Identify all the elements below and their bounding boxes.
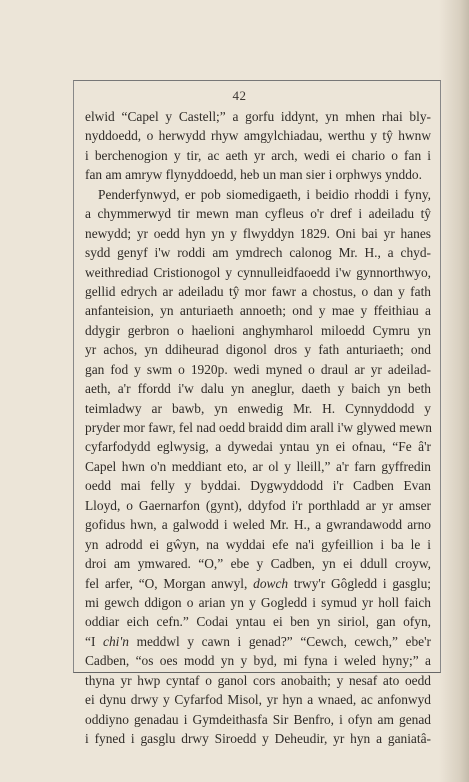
text-line: weithrediad Cristionogol y cynnulleidfao… bbox=[85, 263, 431, 282]
text-line: cyfarfodydd eglwysig, a dywedai yntau yn… bbox=[85, 437, 431, 456]
text-line: anfanteision, yn anturiaeth annoeth; ond… bbox=[85, 301, 431, 320]
text-line: pryder mor fawr, fel nad oedd braidd dim… bbox=[85, 418, 431, 437]
text-line: aeth, a'r ffordd i'w dalu yn aneglur, da… bbox=[85, 379, 431, 398]
text-line: gellid edrych ar adeiladu tŷ mor fawr a … bbox=[85, 282, 431, 301]
text-line: mi gewch ddigon o arian yn y Gogledd i s… bbox=[85, 593, 431, 612]
text-line: “I chi'n meddwl y cawn i genad?” “Cewch,… bbox=[85, 632, 431, 651]
text-line: droi am ymwared. “O,” ebe y Cadben, yn e… bbox=[85, 554, 431, 573]
text-line: ddygir gerbron o haelioni anghymharol mi… bbox=[85, 321, 431, 340]
page-edge-shadow bbox=[439, 0, 469, 782]
text-run: meddwl y cawn i genad?” “Cewch, cewch,” … bbox=[129, 634, 431, 649]
italic-run: chi'n bbox=[103, 634, 129, 649]
italic-run: dowch bbox=[253, 576, 288, 591]
text-line: fan am amryw flynyddoedd, heb un man sie… bbox=[85, 165, 431, 184]
text-line: i berchenogion y tir, ac aeth yr arch, w… bbox=[85, 146, 431, 165]
text-line: nyddoedd, o herwydd rhyw amgylchiadau, w… bbox=[85, 126, 431, 145]
text-line: fel arfer, “O, Morgan anwyl, dowch trwy'… bbox=[85, 574, 431, 593]
text-line: Lloyd, o Gaernarfon (gynt), ddyfod i'r p… bbox=[85, 496, 431, 515]
text-line: oedd mai felly y byddai. Dygwyddodd i'r … bbox=[85, 476, 431, 495]
text-line: Penderfynwyd, er pob siomedigaeth, i bei… bbox=[85, 185, 431, 204]
text-line: a chymmerwyd tir mewn man cyfleus o'r dr… bbox=[85, 204, 431, 223]
text-line: gofidus hwn, a galwodd i weled Mr. H., a… bbox=[85, 515, 431, 534]
text-line: oddiar eich cefn.” Codai yntau ei ben yn… bbox=[85, 612, 431, 631]
text-run: trwy'r Gôgledd i gasglu; bbox=[288, 576, 431, 591]
text-line: yr achos, yn ddiheurad digonol dros y fa… bbox=[85, 340, 431, 359]
text-line: yn adrodd ei gŵyn, na wyddai efe na'i gy… bbox=[85, 535, 431, 554]
text-line: Capel hwn o'n meddiant eto, ar ol y llei… bbox=[85, 457, 431, 476]
text-line: thyna yr hwp cyntaf o ganol cors anobait… bbox=[85, 671, 431, 690]
text-line: oddiyno genadau i Gymdeithasfa Sir Benfr… bbox=[85, 710, 431, 729]
text-line: i fyned i gasglu drwy Siroedd y Deheudir… bbox=[85, 729, 431, 748]
text-line: Cadben, “os oes modd yn y byd, mi fyna i… bbox=[85, 651, 431, 670]
text-line: teimladwy ar bawb, yn enwedig Mr. H. Cyn… bbox=[85, 399, 431, 418]
text-run: “I bbox=[85, 634, 103, 649]
text-line: elwid “Capel y Castell;” a gorfu iddynt,… bbox=[85, 107, 431, 126]
page-number: 42 bbox=[0, 88, 469, 104]
body-text: elwid “Capel y Castell;” a gorfu iddynt,… bbox=[85, 107, 431, 748]
text-run: fel arfer, “O, Morgan anwyl, bbox=[85, 576, 253, 591]
text-line: sydd genyf i'w roddi am ymdrech calonog … bbox=[85, 243, 431, 262]
text-line: ei dynu drwy y Cyfarfod Misol, yr hyn a … bbox=[85, 690, 431, 709]
text-line: newydd; yr oedd hyn yn y flwyddyn 1829. … bbox=[85, 224, 431, 243]
text-line: gan fod y swm o 1920p. wedi myned o drau… bbox=[85, 360, 431, 379]
